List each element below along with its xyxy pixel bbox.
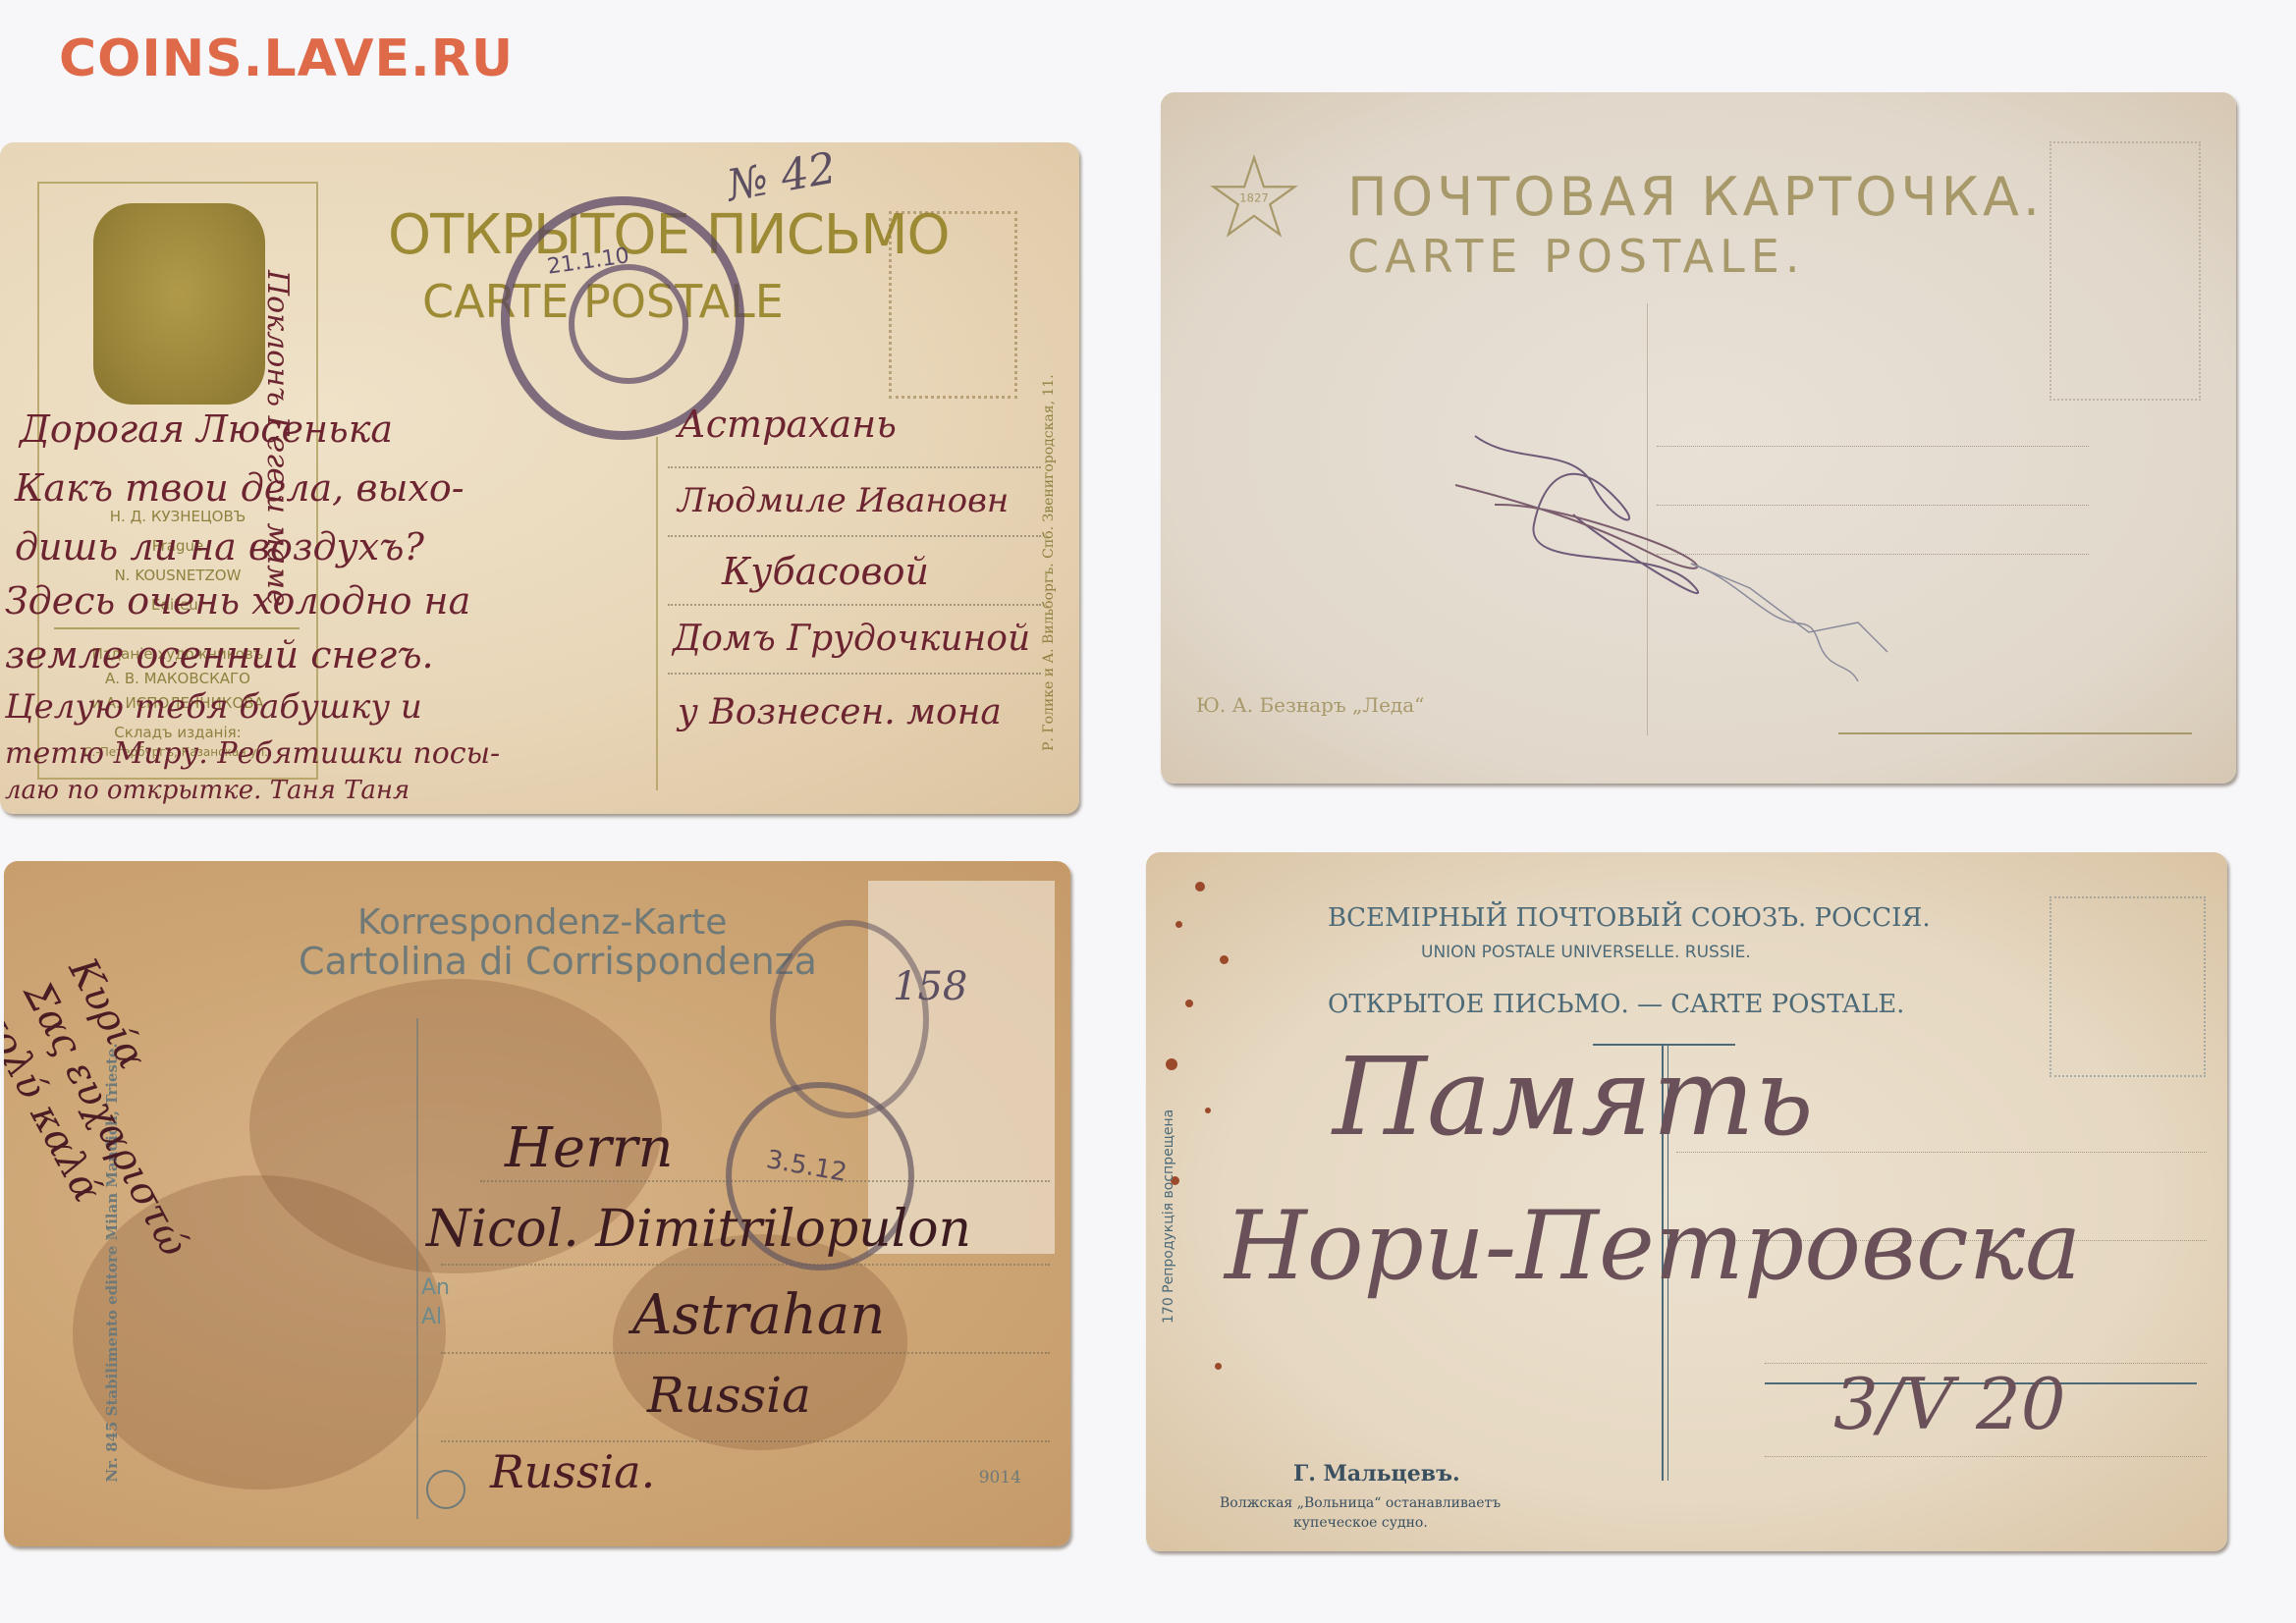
message-line: дишь ли на воздухъ? — [15, 525, 424, 568]
header-ru: ВСЕМІРНЫЙ ПОЧТОВЫЙ СОЮЗЪ. РОССІЯ. — [1328, 903, 1931, 933]
postcard-korrespondenz-karte: Korrespondenz-Karte Cartolina di Corrisp… — [4, 861, 1070, 1546]
stamp-placeholder — [889, 211, 1017, 399]
stamp-placeholder — [2050, 141, 2201, 401]
message-line: земле осенний снегъ. — [5, 633, 434, 676]
art-nouveau-illustration — [93, 203, 265, 405]
message-line: тетю Миру. Ребятишки посы- — [5, 736, 500, 771]
caption-line2: купеческое судно. — [1293, 1515, 1428, 1531]
postcard-pochtovaya-kartochka: 1827 ПОЧТОВАЯ КАРТОЧКА. CARTE POSTALE. Ю… — [1161, 92, 2236, 784]
catalog-number: 9014 — [979, 1468, 1021, 1488]
address-line: Herrn — [505, 1116, 674, 1180]
header-fr: UNION POSTALE UNIVERSELLE. RUSSIE. — [1421, 943, 1751, 962]
address-line: Домъ Грудочкиной — [673, 619, 1030, 659]
postcard-vsemirny-pochtovy-soyuz: ВСЕМІРНЫЙ ПОЧТОВЫЙ СОЮЗЪ. РОССІЯ. UNION … — [1146, 852, 2227, 1551]
stamp-placeholder — [2050, 896, 2206, 1077]
printer-credit: Р. Голике и А. Вильборгъ. Спб. Звенигоро… — [1041, 201, 1065, 751]
side-print: 170 Репродукція воспрещена — [1161, 960, 1184, 1324]
title-de: Korrespondenz-Karte — [357, 902, 727, 943]
star-logo-icon: 1827 — [1210, 153, 1298, 242]
address-line: Людмиле Ивановн — [678, 481, 1009, 520]
message-line: Какъ твои дела, выхо- — [15, 466, 465, 510]
message-line: Здесь очень холодно на — [5, 579, 470, 622]
message-line: лаю по открытке. Таня Таня — [5, 776, 410, 805]
publisher-line: Ю. А. Безнаръ „Леда“ — [1196, 693, 1424, 717]
handwriting-line: Память — [1333, 1034, 1814, 1160]
number-note: № 42 — [723, 143, 840, 212]
title-fr: CARTE POSTALE. — [1347, 230, 1805, 283]
address-line: Russia — [647, 1367, 811, 1424]
address-line: Астрахань — [678, 403, 897, 446]
title-ru: ПОЧТОВАЯ КАРТОЧКА. — [1347, 166, 2044, 228]
site-watermark: COINS.LAVE.RU — [59, 29, 514, 88]
handwriting-date: 3/V 20 — [1833, 1363, 2066, 1445]
pencil-scribble — [1396, 387, 2005, 681]
message-line: Дорогая Люсенька — [20, 407, 393, 451]
caption-line1: Волжская „Вольница“ останавливаетъ — [1220, 1495, 1501, 1511]
address-line: Russia. — [490, 1445, 655, 1498]
publisher: Г. Мальцевъ. — [1293, 1461, 1460, 1487]
label-an: An — [421, 1273, 450, 1303]
photochrom-logo-icon — [426, 1470, 465, 1509]
svg-text:1827: 1827 — [1239, 191, 1269, 205]
pencil-number: 158 — [893, 964, 967, 1009]
card-title: ОТКРЫТОЕ ПИСЬМО. — CARTE POSTALE. — [1328, 990, 1904, 1019]
address-line: у Вознесен. мона — [678, 692, 1002, 732]
handwriting-line: Нори-Петровска — [1225, 1191, 2081, 1301]
postcard-otkrytoe-pismo: Н. Д. КУЗНЕЦОВЪ Prague N. KOUSNETZOW Edi… — [0, 142, 1079, 814]
postmark-date: 3.5.12 — [764, 1145, 849, 1188]
message-line: Целую тебя бабушку и — [5, 687, 422, 727]
title-it: Cartolina di Corrispondenza — [299, 940, 817, 983]
label-al: Al — [421, 1303, 450, 1332]
address-line: Nicol. Dimitrilopulon — [426, 1200, 971, 1259]
address-line: Кубасовой — [722, 550, 929, 593]
address-line: Astrahan — [632, 1283, 885, 1347]
